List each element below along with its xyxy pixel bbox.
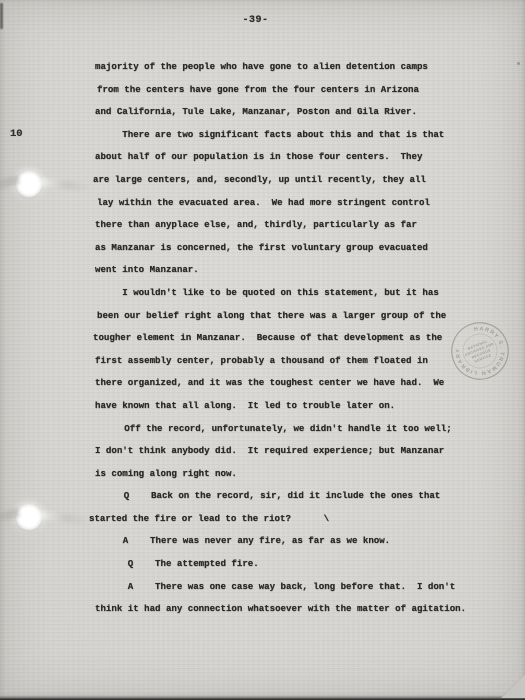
transcript-line: A There was never any fire, as far as we…	[90, 530, 510, 553]
punch-hole-bottom	[16, 504, 42, 530]
transcript-line: are large centers, and, secondly, up unt…	[93, 169, 513, 192]
document-page: -39- 10 HARRY S. TRUMAN LIBRARY NATIONAL…	[0, 0, 525, 700]
transcript-line: there organized, and it was the toughest…	[95, 372, 515, 395]
transcript-line: There are two significant facts about th…	[95, 124, 515, 147]
punch-hole-top	[16, 171, 42, 197]
scan-edge-mark	[0, 3, 3, 29]
transcript-line: first assembly center, probably a thousa…	[95, 350, 515, 373]
transcript-line: started the fire or lead to the riot? \	[89, 508, 509, 531]
transcript-line: from the centers have gone from the four…	[97, 79, 517, 102]
transcript-line: about half of our population is in those…	[95, 146, 515, 169]
transcript-line: Q The attempted fire.	[95, 553, 515, 576]
transcript-line: there than anyplace else, and, thirdly, …	[95, 214, 515, 237]
transcript-line: went into Manzanar.	[95, 259, 515, 282]
transcript-line: as Manzanar is concerned, the first volu…	[95, 237, 515, 260]
transcript-line: been our belief right along that there w…	[97, 305, 517, 328]
transcript-line: have known that all along. It led to tro…	[95, 395, 515, 418]
transcript-line: Q Back on the record, sir, did it includ…	[91, 485, 511, 508]
margin-line-number: 10	[10, 128, 23, 140]
transcript-line: tougher element in Manzanar. Because of …	[93, 327, 513, 350]
page-number: -39-	[0, 15, 511, 26]
transcript-line: is coming along right now.	[95, 463, 515, 486]
transcript-body: majority of the people who have gone to …	[95, 56, 515, 621]
transcript-line: I don't think anybody did. It required e…	[95, 440, 515, 463]
transcript-line: I wouldn't like to be quoted on this sta…	[95, 282, 515, 305]
transcript-line: Off the record, unfortunately, we didn't…	[97, 418, 517, 441]
transcript-line: majority of the people who have gone to …	[95, 56, 515, 79]
corner-fold	[501, 674, 525, 698]
transcript-line: think it had any connection whatsoever w…	[95, 598, 515, 621]
transcript-line: and California, Tule Lake, Manzanar, Pos…	[95, 101, 515, 124]
scan-speck	[517, 62, 520, 65]
scan-bottom-edge	[0, 695, 525, 700]
transcript-line: lay within the evacuated area. We had mo…	[97, 192, 517, 215]
transcript-line: A There was one case way back, long befo…	[95, 576, 515, 599]
